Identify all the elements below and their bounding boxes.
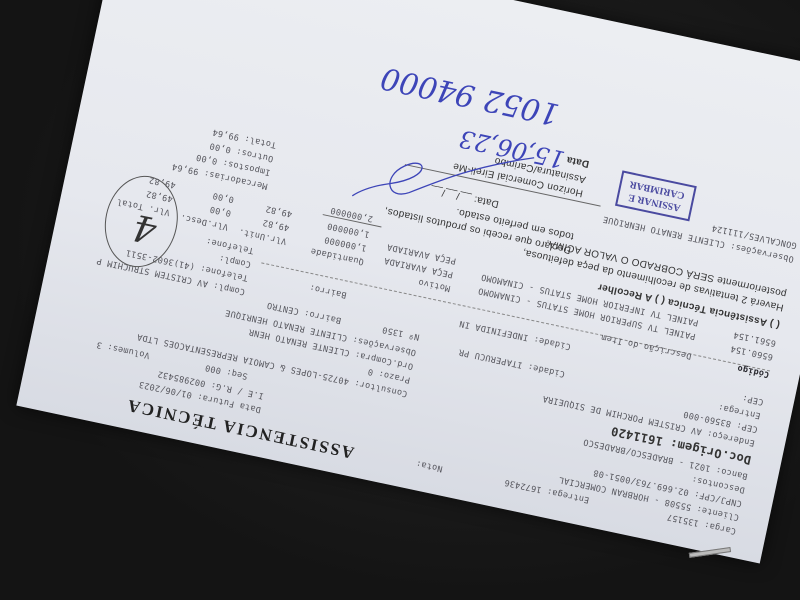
col-motivo: Motivo [417,277,451,294]
sign-stamp: ASSINAR E CARIMBAR [615,170,697,221]
telefone2: Telefone: [205,235,255,255]
col-codigo: Código [736,363,770,380]
nota: Nota: [415,458,444,473]
cidade: Cidade: ITAPERUCU PR [458,346,566,378]
signature-scribble [346,112,541,237]
item-vlr-desc: 0,00 [212,190,235,204]
bairro2: Bairro: [308,282,347,300]
data2-label: Data [566,154,591,170]
cidade2: Cidade: INDEFINIDA IN [458,318,571,351]
numero: Nº 1350 [381,324,420,342]
item-vlr-desc: 0,00 [209,204,232,218]
item-vlr-unit: 49,82 [265,203,294,218]
seq: Seq: 000 [204,362,248,381]
item-vlr-unit: 49,82 [262,217,291,232]
cep2: CEP: [741,392,764,406]
